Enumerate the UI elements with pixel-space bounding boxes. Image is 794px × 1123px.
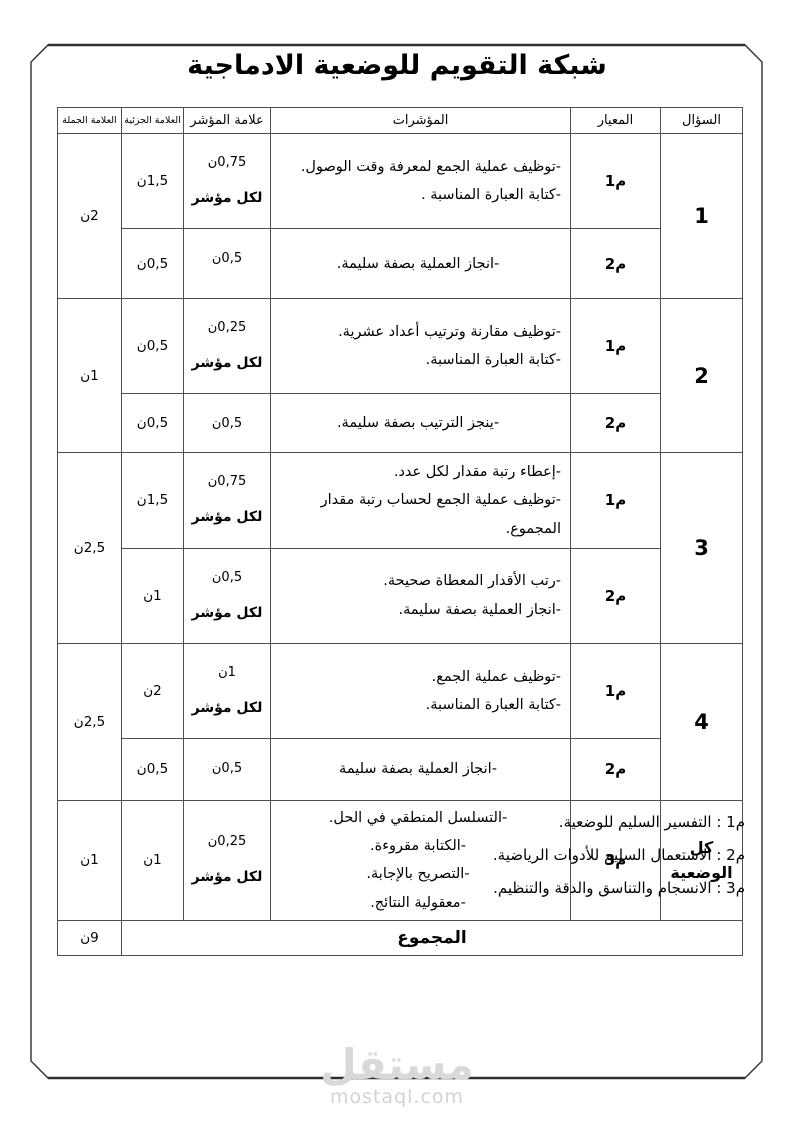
indicator-mark-per: لكل مؤشر (189, 508, 265, 526)
watermark: مستقل mostaql.com (0, 1044, 794, 1107)
indicator-mark-cell: 0,25ن لكل مؤشر (184, 800, 271, 920)
header-row: السؤال المعيار المؤشرات علامة المؤشر الع… (58, 108, 743, 134)
table-row: 3 م1 -إعطاء رتبة مقدار لكل عدد. -توظيف ع… (58, 453, 743, 548)
criterion-label: م1 (571, 643, 661, 738)
indicator-mark-per: لكل مؤشر (189, 354, 265, 372)
table-row: م2 -انجاز العملية بصفة سليمة. 0,5ن 0,5ن (58, 229, 743, 299)
indicator-mark-cell: 1ن لكل مؤشر (184, 643, 271, 738)
indicator-mark-cell: 0,5ن (184, 229, 271, 299)
table-row: م2 -رتب الأقدار المعطاة صحيحة. -انجاز ال… (58, 548, 743, 643)
indicator-mark-cell: 0,75ن لكل مؤشر (184, 453, 271, 548)
indicator-text: -إعطاء رتبة مقدار لكل عدد. -توظيف عملية … (271, 453, 571, 548)
indicator-text: -توظيف عملية الجمع لمعرفة وقت الوصول. -ك… (271, 134, 571, 229)
header-question: السؤال (661, 108, 743, 134)
partial-mark: 0,5ن (122, 738, 184, 800)
grand-total-row: المجموع 9ن (58, 920, 743, 955)
footnote: م2 : الاستعمال السليم للأدوات الرياضية. (493, 839, 745, 872)
indicator-text: -ينجز الترتيب بصفة سليمة. (271, 394, 571, 453)
criterion-label: م2 (571, 738, 661, 800)
footnote: م1 : التفسير السليم للوضعية. (493, 806, 745, 839)
criterion-label: م1 (571, 134, 661, 229)
criterion-label: م1 (571, 299, 661, 394)
partial-mark: 1ن (122, 800, 184, 920)
question-number: 2 (661, 299, 743, 453)
indicator-text: -توظيف مقارنة وترتيب أعداد عشرية. -كتابة… (271, 299, 571, 394)
grand-total-value: 9ن (58, 920, 122, 955)
page-title: شبكة التقويم للوضعية الادماجية (0, 50, 794, 81)
header-partial-mark: العلامة الجزئية (122, 108, 184, 134)
partial-mark: 0,5ن (122, 394, 184, 453)
criterion-label: م2 (571, 229, 661, 299)
indicator-mark-per: لكل مؤشر (189, 699, 265, 717)
indicator-text: -رتب الأقدار المعطاة صحيحة. -انجاز العمل… (271, 548, 571, 643)
indicator-mark-value: 0,5ن (189, 570, 265, 585)
total-mark: 1ن (58, 299, 122, 453)
table-row: 2 م1 -توظيف مقارنة وترتيب أعداد عشرية. -… (58, 299, 743, 394)
total-mark: 2ن (58, 134, 122, 299)
indicator-text: -انجاز العملية بصفة سليمة (271, 738, 571, 800)
indicator-mark-value: 0,5ن (189, 761, 265, 776)
indicator-mark-value: 0,75ن (189, 474, 265, 489)
total-mark: 1ن (58, 800, 122, 920)
total-mark: 2,5ن (58, 453, 122, 643)
criteria-legend: م1 : التفسير السليم للوضعية. م2 : الاستع… (493, 806, 745, 905)
table-row: 4 م1 -توظيف عملية الجمع. -كتابة العبارة … (58, 643, 743, 738)
indicator-mark-value: 0,5ن (189, 251, 265, 266)
indicator-text: -توظيف عملية الجمع. -كتابة العبارة المنا… (271, 643, 571, 738)
partial-mark: 0,5ن (122, 229, 184, 299)
indicator-mark-cell: 0,5ن لكل مؤشر (184, 548, 271, 643)
criterion-label: م2 (571, 394, 661, 453)
indicator-mark-cell: 0,25ن لكل مؤشر (184, 299, 271, 394)
indicator-mark-cell: 0,75ن لكل مؤشر (184, 134, 271, 229)
header-indicators: المؤشرات (271, 108, 571, 134)
partial-mark: 1,5ن (122, 453, 184, 548)
question-number: 3 (661, 453, 743, 643)
watermark-domain: mostaql.com (0, 1088, 794, 1107)
indicator-mark-per: لكل مؤشر (189, 189, 265, 207)
indicator-mark-per: لكل مؤشر (189, 868, 265, 886)
criterion-label: م1 (571, 453, 661, 548)
footnote: م3 : الانسجام والتناسق والدقة والتنظيم. (493, 872, 745, 905)
indicator-mark-value: 0,75ن (189, 155, 265, 170)
criterion-label: م2 (571, 548, 661, 643)
indicator-mark-value: 0,25ن (189, 834, 265, 849)
table-row: 1 م1 -توظيف عملية الجمع لمعرفة وقت الوصو… (58, 134, 743, 229)
header-total-mark: العلامة الجملة (58, 108, 122, 134)
document-page: شبكة التقويم للوضعية الادماجية السؤال ال… (0, 0, 794, 1123)
table-row: م2 -ينجز الترتيب بصفة سليمة. 0,5ن 0,5ن (58, 394, 743, 453)
indicator-mark-cell: 0,5ن (184, 738, 271, 800)
table-row: م2 -انجاز العملية بصفة سليمة 0,5ن 0,5ن (58, 738, 743, 800)
header-criterion: المعيار (571, 108, 661, 134)
question-number: 1 (661, 134, 743, 299)
indicator-mark-value: 0,5ن (189, 416, 265, 431)
indicator-mark-cell: 0,5ن (184, 394, 271, 453)
partial-mark: 1,5ن (122, 134, 184, 229)
partial-mark: 0,5ن (122, 299, 184, 394)
watermark-logo: مستقل (0, 1044, 794, 1086)
indicator-text: -انجاز العملية بصفة سليمة. (271, 229, 571, 299)
question-number: 4 (661, 643, 743, 800)
header-indicator-mark: علامة المؤشر (184, 108, 271, 134)
total-mark: 2,5ن (58, 643, 122, 800)
indicator-mark-value: 1ن (189, 665, 265, 680)
partial-mark: 2ن (122, 643, 184, 738)
indicator-mark-per: لكل مؤشر (189, 604, 265, 622)
partial-mark: 1ن (122, 548, 184, 643)
indicator-mark-value: 0,25ن (189, 320, 265, 335)
grand-total-label: المجموع (122, 920, 743, 955)
